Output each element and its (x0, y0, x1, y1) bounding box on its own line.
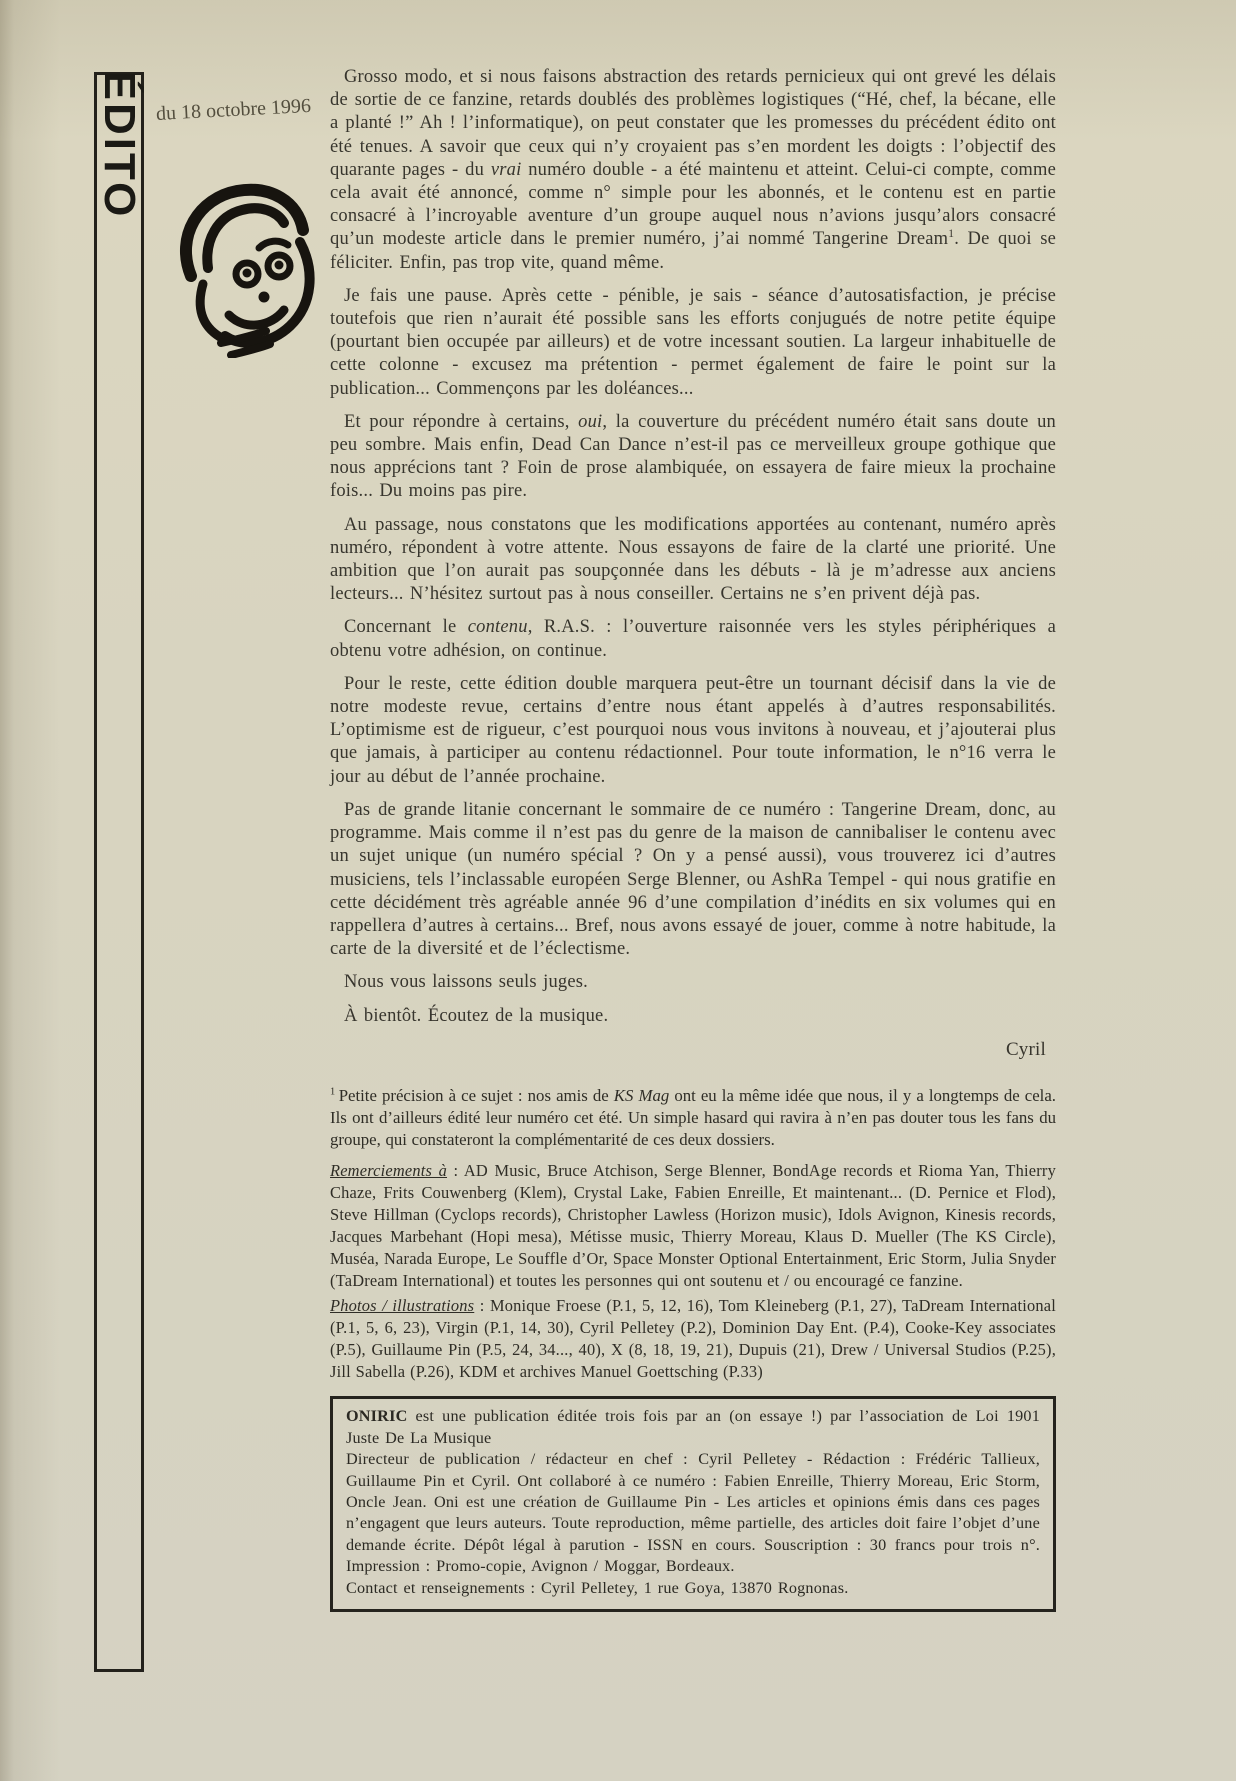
photo-credits-paragraph: Photos / illustrations : Monique Froese … (330, 1295, 1056, 1383)
editorial-body: Grosso modo, et si nous faisons abstract… (330, 66, 1056, 1612)
author-signature: Cyril (330, 1038, 1056, 1061)
face-sketch-icon (163, 178, 325, 358)
edito-sidebar-box: ÉDITO (94, 72, 144, 1672)
editorial-paragraph: Et pour répondre à certains, oui, la cou… (330, 411, 1056, 504)
scanned-page: ÉDITO du 18 octobre 1996 Grosso modo, et… (0, 0, 1236, 1781)
colophon-line: Contact et renseignements : Cyril Pellet… (346, 1578, 1040, 1599)
thanks-paragraph: Remerciements à : AD Music, Bruce Atchis… (330, 1160, 1056, 1292)
editorial-paragraph: Je fais une pause. Après cette - pénible… (330, 285, 1056, 401)
editorial-paragraph: Concernant le contenu, R.A.S. : l’ouvert… (330, 616, 1056, 662)
editorial-paragraph: Grosso modo, et si nous faisons abstract… (330, 66, 1056, 275)
editorial-closing-line: Nous vous laissons seuls juges. (330, 971, 1056, 994)
issue-date: du 18 octobre 1996 (156, 93, 347, 126)
colophon-box: ONIRIC est une publication éditée trois … (330, 1396, 1056, 1612)
editorial-paragraph: Au passage, nous constatons que les modi… (330, 514, 1056, 607)
editorial-paragraph: Pour le reste, cette édition double marq… (330, 673, 1056, 789)
section-title: ÉDITO (95, 71, 143, 220)
editorial-closing-line: À bientôt. Écoutez de la musique. (330, 1005, 1056, 1028)
colophon-line: ONIRIC est une publication éditée trois … (346, 1406, 1040, 1449)
credits-section: Remerciements à : AD Music, Bruce Atchis… (330, 1160, 1056, 1383)
editorial-paragraph: Pas de grande litanie concernant le somm… (330, 799, 1056, 961)
colophon-line: Directeur de publication / rédacteur en … (346, 1449, 1040, 1577)
footnote: 1 Petite précision à ce sujet : nos amis… (330, 1085, 1056, 1150)
